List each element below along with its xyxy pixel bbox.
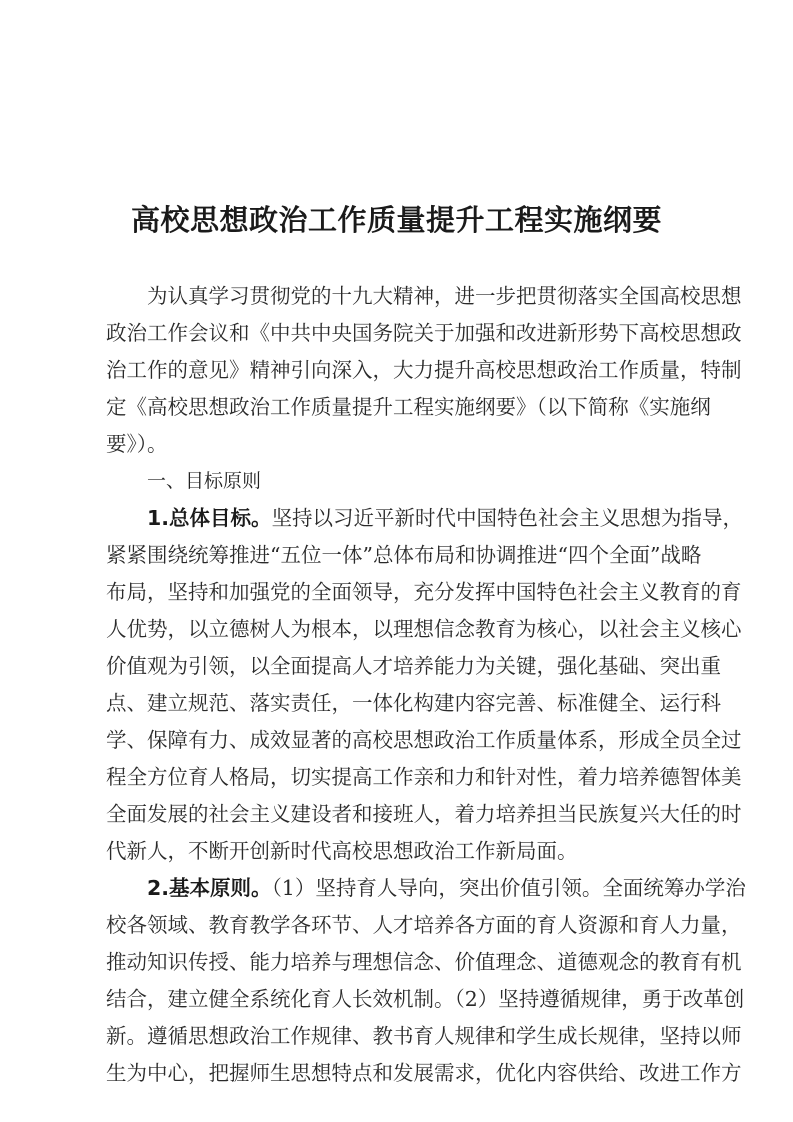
- document-body: 为认真学习贯彻党的十九大精神，进一步把贯彻落实全国高校思想 政治工作会议和《中共…: [106, 278, 689, 1092]
- paragraph-line: 为认真学习贯彻党的十九大精神，进一步把贯彻落实全国高校思想: [106, 278, 689, 315]
- document-page: 高校思想政治工作质量提升工程实施纲要 为认真学习贯彻党的十九大精神，进一步把贯彻…: [0, 0, 793, 1122]
- paragraph-line: 治工作的意见》精神引向深入，大力提升高校思想政治工作质量，特制: [106, 352, 689, 389]
- paragraph-line: 定《高校思想政治工作质量提升工程实施纲要》（以下简称《实施纲: [106, 389, 689, 426]
- item-2-first-line: 2.基本原则。（1）坚持育人导向，突出价值引领。全面统筹办学治: [106, 870, 689, 907]
- paragraph-line: 人优势，以立德树人为根本，以理想信念教育为核心，以社会主义核心: [106, 611, 689, 648]
- paragraph-line: 价值观为引领，以全面提高人才培养能力为关键，强化基础、突出重: [106, 648, 689, 685]
- paragraph-line: 全面发展的社会主义建设者和接班人，着力培养担当民族复兴大任的时: [106, 796, 689, 833]
- document-title: 高校思想政治工作质量提升工程实施纲要: [0, 198, 793, 239]
- item-1-first-line: 1.总体目标。坚持以习近平新时代中国特色社会主义思想为指导，: [106, 500, 689, 537]
- paragraph-line: 程全方位育人格局，切实提高工作亲和力和针对性，着力培养德智体美: [106, 759, 689, 796]
- paragraph-line: 点、建立规范、落实责任，一体化构建内容完善、标准健全、运行科: [106, 685, 689, 722]
- paragraph-line: 新。遵循思想政治工作规律、教书育人规律和学生成长规律，坚持以师: [106, 1018, 689, 1055]
- paragraph-line: 政治工作会议和《中共中央国务院关于加强和改进新形势下高校思想政: [106, 315, 689, 352]
- paragraph-line: 校各领域、教育教学各环节、人才培养各方面的育人资源和育人力量，: [106, 907, 689, 944]
- item-2-label: 2.基本原则。: [147, 876, 272, 900]
- item-1-text: 坚持以习近平新时代中国特色社会主义思想为指导，: [272, 506, 744, 530]
- paragraph-line: 布局，坚持和加强党的全面领导，充分发挥中国特色社会主义教育的育: [106, 574, 689, 611]
- paragraph-line: 要》）。: [106, 426, 689, 463]
- paragraph-line: 代新人，不断开创新时代高校思想政治工作新局面。: [106, 833, 689, 870]
- paragraph-line: 紧紧围绕统筹推进“五位一体”总体布局和协调推进“四个全面”战略: [106, 537, 689, 574]
- paragraph-line: 结合，建立健全系统化育人长效机制。（2）坚持遵循规律，勇于改革创: [106, 981, 689, 1018]
- paragraph-line: 生为中心，把握师生思想特点和发展需求，优化内容供给、改进工作方: [106, 1055, 689, 1092]
- item-1-label: 1.总体目标。: [147, 506, 272, 530]
- paragraph-line: 学、保障有力、成效显著的高校思想政治工作质量体系，形成全员全过: [106, 722, 689, 759]
- section-heading: 一、目标原则: [106, 463, 689, 500]
- item-2-text: （1）坚持育人导向，突出价值引领。全面统筹办学治: [272, 876, 746, 900]
- paragraph-line: 推动知识传授、能力培养与理想信念、价值理念、道德观念的教育有机: [106, 944, 689, 981]
